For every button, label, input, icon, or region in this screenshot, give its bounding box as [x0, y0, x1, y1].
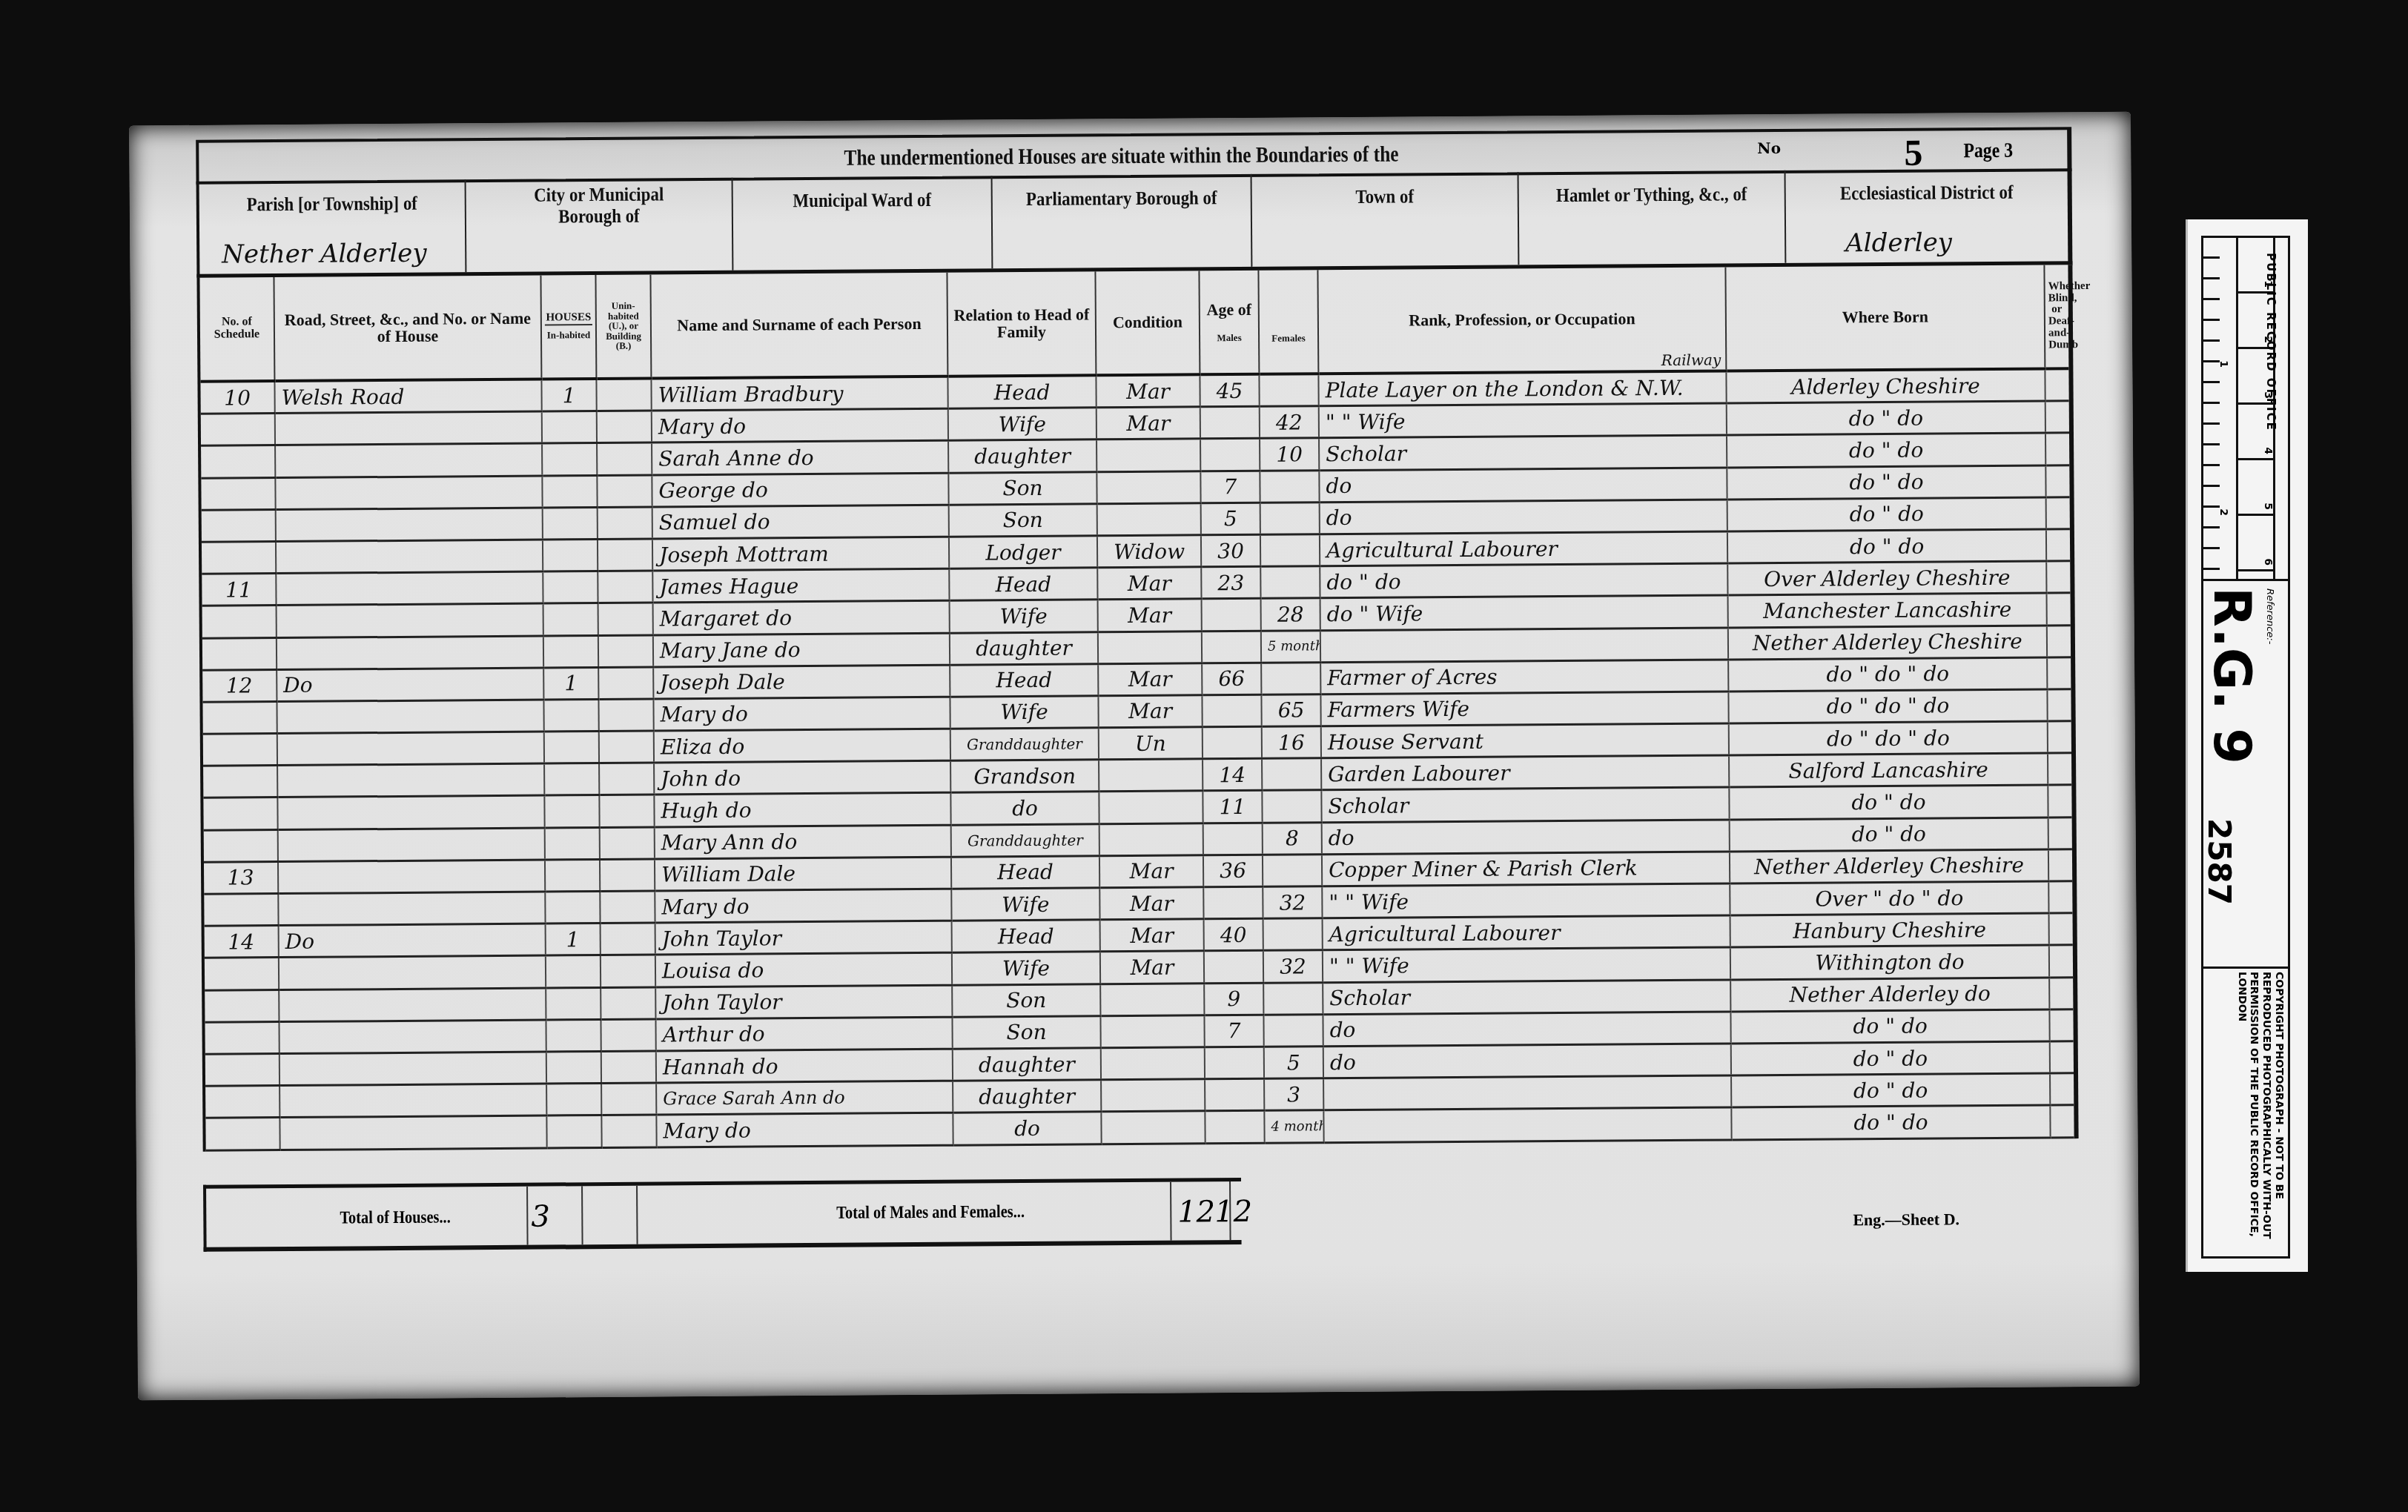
schedule-cell: [203, 734, 277, 766]
schedule-cell: [205, 1118, 279, 1150]
boundary-ward: Municipal Ward of: [733, 176, 993, 270]
female-age-cell: 16: [1262, 726, 1321, 759]
col-road: Road, Street, &c., and No. or Name of Ho…: [274, 276, 541, 382]
where-born-cell: do " do: [1727, 497, 2046, 531]
female-age-cell: [1260, 502, 1320, 534]
female-age-cell: [1260, 566, 1320, 599]
road-cell: [279, 1020, 546, 1054]
condition-cell: [1101, 1079, 1205, 1112]
inhabited-cell: [545, 827, 600, 860]
male-age-cell: 66: [1202, 663, 1261, 695]
col-name: Name and Surname of each Person: [650, 273, 947, 379]
inhabited-cell: [542, 475, 597, 508]
condition-cell: Un: [1099, 727, 1203, 760]
uninhabited-cell: [599, 795, 654, 827]
road-cell: [276, 508, 543, 542]
female-age-cell: 10: [1260, 438, 1319, 471]
blind-cell: [2046, 593, 2070, 625]
female-age-cell: 4 months: [1264, 1110, 1323, 1143]
condition-cell: [1101, 1047, 1205, 1080]
uninhabited-cell: [599, 731, 654, 763]
name-cell: John Taylor: [655, 985, 952, 1019]
occupation-cell: House Servant: [1321, 723, 1729, 758]
inhabited-cell: [546, 955, 601, 988]
parish-value: Nether Alderley: [222, 239, 427, 270]
occupation-cell: Farmer of Acres: [1320, 660, 1728, 694]
total-males-value: 12: [1177, 1195, 1215, 1229]
col-relation: Relation to Head of Family: [947, 271, 1096, 376]
male-age-cell: 7: [1204, 1015, 1263, 1047]
relation-cell: Son: [949, 504, 1097, 537]
female-age-cell: 28: [1261, 598, 1320, 631]
inhabited-cell: [543, 539, 598, 571]
schedule-cell: [202, 509, 276, 542]
relation-cell: daughter: [948, 440, 1096, 473]
name-cell: George do: [652, 473, 948, 507]
blind-cell: [2047, 657, 2071, 689]
inhabited-cell: [546, 1019, 601, 1052]
col-condition: Condition: [1095, 271, 1200, 375]
name-cell: Joseph Mottram: [652, 537, 949, 571]
schedule-cell: [205, 989, 279, 1022]
relation-cell: Wife: [948, 408, 1096, 441]
uninhabited-cell: [598, 539, 652, 571]
male-age-cell: 36: [1203, 855, 1263, 887]
name-cell: Sarah Anne do: [652, 441, 948, 475]
schedule-cell: [204, 894, 278, 926]
female-age-cell: [1262, 790, 1321, 823]
occupation-cell: Agricultural Labourer: [1320, 531, 1727, 566]
total-houses-label: Total of Houses...: [340, 1207, 451, 1228]
name-cell: Mary do: [656, 1113, 953, 1147]
male-age-cell: [1205, 1111, 1264, 1144]
condition-cell: Widow: [1097, 535, 1201, 568]
female-age-cell: 5: [1264, 1047, 1323, 1079]
occupation-cell: Agricultural Labourer: [1323, 915, 1730, 950]
name-cell: Mary do: [652, 408, 948, 442]
schedule-cell: [205, 958, 279, 990]
road-cell: [279, 1115, 546, 1150]
name-cell: Hugh do: [654, 793, 950, 827]
inhabited-cell: [545, 892, 600, 924]
form-heading: The undermentioned Houses are situate wi…: [844, 142, 1398, 170]
uninhabited-cell: [598, 571, 652, 603]
name-cell: Grace Sarah Ann do: [656, 1081, 953, 1115]
schedule-cell: [204, 829, 278, 862]
name-cell: James Hague: [652, 568, 949, 603]
blind-cell: [2048, 753, 2071, 785]
inhabited-cell: [544, 763, 599, 796]
blind-cell: [2045, 465, 2069, 497]
where-born-cell: Nether Alderley Cheshire: [1728, 625, 2047, 659]
road-cell: Do: [277, 668, 543, 702]
reference-box: Reference:- R.G. 9 2587: [2203, 579, 2288, 969]
enumeration-district-number: 5: [1904, 131, 1922, 174]
blind-cell: [2047, 625, 2071, 657]
inhabited-cell: [543, 507, 598, 540]
occupation-cell: do: [1323, 1012, 1730, 1047]
where-born-cell: Manchester Lancashire: [1728, 593, 2047, 627]
where-born-cell: do " do " do: [1728, 689, 2047, 723]
uninhabited-cell: [598, 699, 653, 732]
occupation-cell: " " Wife: [1319, 403, 1727, 438]
condition-cell: [1099, 759, 1203, 792]
public-record-office-label: PUBLIC RECORD OFFICE: [2264, 253, 2278, 431]
uninhabited-cell: [598, 667, 653, 700]
where-born-cell: Nether Alderley do: [1730, 977, 2049, 1011]
relation-cell: Head: [949, 568, 1097, 601]
inhabited-cell: 1: [543, 667, 598, 700]
relation-cell: daughter: [950, 631, 1098, 665]
male-age-cell: 23: [1201, 566, 1260, 599]
ecclesiastical-value: Alderley: [1845, 228, 1952, 258]
relation-cell: daughter: [953, 1080, 1101, 1113]
female-age-cell: 3: [1264, 1078, 1323, 1111]
schedule-cell: [201, 414, 275, 446]
occupation-cell: Scholar: [1321, 787, 1729, 822]
name-cell: Mary Ann do: [655, 825, 951, 859]
female-age-cell: [1261, 662, 1320, 694]
female-age-cell: [1260, 534, 1320, 567]
male-age-cell: 7: [1200, 471, 1260, 503]
boundary-city: City or Municipal Borough of: [466, 178, 734, 273]
condition-cell: Mar: [1097, 567, 1201, 600]
road-cell: [277, 763, 544, 798]
name-cell: Arthur do: [655, 1017, 952, 1051]
series-reference: R.G. 9: [2206, 587, 2258, 764]
inhabited-cell: [546, 987, 601, 1020]
blind-cell: [2049, 945, 2073, 977]
where-born-cell: do " do " do: [1729, 721, 2048, 755]
name-cell: Mary do: [655, 889, 951, 923]
occupation-cell: do: [1322, 820, 1730, 855]
road-cell: Do: [279, 924, 546, 958]
where-born-cell: Alderley Cheshire: [1726, 368, 2045, 403]
schedule-cell: [205, 1021, 279, 1054]
male-age-cell: [1204, 951, 1263, 984]
road-cell: [277, 732, 544, 766]
schedule-cell: 10: [200, 381, 274, 414]
road-cell: [279, 955, 546, 989]
col-occupation: Rank, Profession, or OccupationRailway: [1317, 267, 1726, 374]
name-cell: Mary Jane do: [653, 633, 950, 667]
road-cell: [276, 540, 543, 574]
blind-cell: [2050, 1041, 2074, 1073]
relation-cell: Wife: [952, 952, 1100, 985]
blind-cell: [2047, 689, 2071, 721]
where-born-cell: do " do: [1727, 401, 2045, 435]
occupation-cell: [1323, 1075, 1731, 1110]
where-born-cell: Salford Lancashire: [1729, 753, 2048, 787]
relation-cell: Head: [950, 664, 1098, 697]
inhabited-cell: [542, 411, 597, 444]
col-males: Age ofMales: [1199, 271, 1259, 375]
copyright-notice: COPYRIGHT PHOTOGRAPH - NOT TO BE REPRODU…: [2211, 972, 2285, 1256]
uninhabited-cell: [601, 1083, 656, 1115]
col-where-born: Where Born: [1725, 265, 2045, 371]
occupation-cell: do " Wife: [1320, 595, 1728, 630]
relation-cell: Head: [952, 920, 1100, 953]
schedule-cell: [203, 798, 277, 830]
occupation-cell: Plate Layer on the London & N.W.: [1318, 371, 1726, 406]
col-schedule: No. of Schedule: [199, 277, 274, 382]
boundary-ecclesiastical: Ecclesiastical District of Alderley: [1786, 168, 2068, 263]
male-age-cell: [1203, 886, 1263, 919]
male-age-cell: [1203, 823, 1263, 855]
condition-cell: Mar: [1100, 919, 1204, 952]
blind-cell: [2046, 561, 2070, 593]
schedule-cell: [205, 1086, 279, 1118]
road-cell: [278, 892, 545, 926]
female-age-cell: 5 months: [1261, 630, 1320, 663]
condition-cell: [1099, 791, 1203, 823]
male-age-cell: 5: [1201, 503, 1260, 535]
uninhabited-cell: [601, 1019, 655, 1052]
where-born-cell: Nether Alderley Cheshire: [1730, 849, 2048, 883]
uninhabited-cell: [601, 1051, 656, 1084]
schedule-cell: 14: [205, 926, 279, 958]
schedule-cell: [202, 701, 277, 734]
relation-cell: Wife: [950, 696, 1098, 729]
female-age-cell: [1263, 855, 1322, 887]
condition-cell: [1096, 439, 1200, 471]
schedule-cell: [202, 637, 277, 670]
inhabited-cell: [544, 795, 599, 828]
condition-cell: [1097, 503, 1201, 536]
boundary-town: Town of: [1252, 172, 1520, 267]
schedule-cell: 11: [202, 574, 276, 606]
schedule-cell: 13: [204, 861, 278, 894]
where-born-cell: do " do: [1731, 1105, 2050, 1139]
where-born-cell: do " do " do: [1728, 657, 2047, 692]
condition-cell: [1100, 1015, 1204, 1048]
road-cell: Welsh Road: [274, 379, 541, 414]
condition-cell: Mar: [1098, 663, 1202, 696]
occupation-cell: do: [1323, 1044, 1731, 1078]
female-age-cell: 8: [1263, 822, 1322, 855]
male-age-cell: 9: [1204, 983, 1263, 1015]
where-born-cell: do " do: [1727, 465, 2045, 499]
male-age-cell: [1200, 406, 1260, 439]
uninhabited-cell: [596, 379, 651, 411]
blind-cell: [2050, 1105, 2074, 1137]
male-age-cell: [1200, 439, 1260, 471]
male-age-cell: 30: [1201, 534, 1260, 567]
where-born-cell: do " do: [1730, 1009, 2049, 1044]
uninhabited-cell: [598, 603, 653, 635]
district-number-label: No: [1757, 139, 1781, 157]
condition-cell: [1101, 1111, 1205, 1144]
name-cell: Joseph Dale: [653, 665, 950, 699]
female-age-cell: 65: [1261, 694, 1320, 727]
occupation-cell: Copper Miner & Parish Clerk: [1322, 852, 1730, 886]
male-age-cell: [1205, 1078, 1264, 1111]
inhabited-cell: [543, 699, 598, 732]
piece-number: 2587: [2203, 818, 2235, 905]
female-age-cell: [1260, 470, 1319, 503]
blind-cell: [2045, 401, 2069, 433]
schedule-cell: 12: [202, 669, 277, 702]
condition-cell: [1099, 823, 1203, 855]
occupation-cell: Farmers Wife: [1320, 692, 1728, 726]
name-cell: Mary do: [653, 697, 950, 731]
road-cell: [277, 603, 543, 637]
boundary-parliamentary: Parliamentary Borough of: [993, 174, 1253, 268]
condition-cell: [1100, 983, 1204, 1015]
inhabited-cell: [543, 571, 598, 604]
relation-cell: Lodger: [949, 536, 1097, 569]
relation-cell: Son: [952, 1016, 1100, 1050]
female-age-cell: 32: [1263, 886, 1322, 919]
male-age-cell: 14: [1203, 759, 1262, 792]
relation-cell: Wife: [950, 600, 1098, 633]
road-cell: [275, 476, 542, 510]
uninhabited-cell: [601, 987, 655, 1020]
relation-cell: Son: [948, 471, 1096, 505]
condition-cell: [1098, 631, 1202, 663]
table-header-row: No. of Schedule Road, Street, &c., and N…: [199, 265, 2068, 382]
total-houses-value: 3: [531, 1200, 550, 1234]
female-age-cell: [1263, 918, 1323, 951]
col-blind: Whether Blind, or Deaf-and-Dumb: [2044, 265, 2068, 368]
ruler-scale: 1 2: [2203, 238, 2238, 579]
inhabited-cell: [545, 859, 600, 892]
name-cell: Eliza do: [654, 729, 950, 763]
total-females-value: 12: [1214, 1195, 1252, 1229]
inhabited-cell: [543, 603, 598, 636]
relation-cell: daughter: [953, 1048, 1101, 1081]
uninhabited-cell: [600, 859, 655, 892]
blind-cell: [2045, 368, 2068, 401]
schedule-cell: [202, 542, 276, 574]
blind-cell: [2048, 817, 2072, 849]
blind-cell: [2046, 529, 2070, 561]
blind-cell: [2048, 721, 2071, 753]
occupation-cell: do: [1320, 500, 1727, 534]
census-page: The undermentioned Houses are situate wi…: [129, 112, 2140, 1401]
condition-cell: [1096, 471, 1200, 503]
col-females: Females: [1258, 270, 1318, 374]
occupation-annotation: Railway: [1661, 352, 1721, 368]
male-age-cell: [1205, 1047, 1264, 1079]
road-cell: [276, 571, 543, 606]
archive-reference-card: 1 2 1 2 3 4 5 6 PUBLIC RECORD OFFICE Ref…: [2186, 219, 2308, 1272]
female-age-cell: [1263, 1014, 1323, 1047]
road-cell: [278, 860, 545, 894]
uninhabited-cell: [601, 955, 655, 987]
uninhabited-cell: [597, 442, 652, 475]
relation-cell: Wife: [951, 888, 1099, 921]
uninhabited-cell: [600, 827, 655, 860]
male-age-cell: [1203, 726, 1262, 759]
occupation-cell: Scholar: [1323, 979, 1730, 1014]
occupation-cell: Scholar: [1319, 435, 1727, 470]
blind-cell: [2048, 785, 2071, 817]
schedule-cell: [202, 606, 277, 638]
col-inhabited: HOUSESIn-habited: [540, 275, 596, 379]
female-age-cell: [1259, 374, 1318, 406]
road-cell: [277, 700, 543, 734]
inhabited-cell: [542, 443, 597, 476]
where-born-cell: Over Alderley Cheshire: [1727, 561, 2046, 595]
boundary-hamlet: Hamlet or Tything, &c., of: [1519, 170, 1787, 265]
totals-row: Total of Houses... 3 Total of Males and …: [203, 1178, 1242, 1252]
male-age-cell: [1202, 631, 1261, 663]
relation-cell: Head: [947, 375, 1096, 408]
male-age-cell: [1202, 599, 1261, 631]
relation-cell: do: [953, 1112, 1101, 1145]
census-form: The undermentioned Houses are situate wi…: [196, 127, 2080, 1274]
census-table: No. of Schedule Road, Street, &c., and N…: [196, 265, 2078, 1151]
blind-cell: [2048, 881, 2072, 913]
inhabited-cell: [544, 732, 599, 764]
occupation-cell: " " Wife: [1323, 947, 1730, 982]
condition-cell: Mar: [1098, 695, 1202, 728]
condition-cell: Mar: [1096, 407, 1200, 440]
road-cell: [277, 636, 543, 670]
total-persons-label: Total of Males and Females...: [836, 1202, 1025, 1224]
condition-cell: Mar: [1099, 887, 1203, 920]
male-age-cell: [1202, 694, 1261, 727]
where-born-cell: do " do: [1727, 529, 2046, 563]
inhabited-cell: [546, 1051, 601, 1084]
where-born-cell: do " do: [1730, 818, 2048, 852]
female-age-cell: 32: [1263, 950, 1323, 983]
name-cell: Hannah do: [656, 1049, 953, 1083]
col-uninhabited: Unin-habited (U.), or Building (B.): [595, 275, 651, 379]
schedule-cell: [201, 445, 275, 478]
blind-cell: [2048, 849, 2072, 881]
blind-cell: [2049, 1009, 2073, 1041]
where-born-cell: Hanbury Cheshire: [1730, 913, 2049, 947]
relation-cell: Granddaughter: [950, 728, 1099, 761]
inhabited-cell: [546, 1084, 601, 1116]
inhabited-cell: [546, 1115, 601, 1148]
road-cell: [275, 411, 542, 445]
road-cell: [275, 443, 542, 477]
relation-cell: do: [950, 792, 1099, 825]
road-cell: [277, 795, 544, 829]
blind-cell: [2049, 913, 2073, 945]
sheet-label: Eng.—Sheet D.: [1853, 1210, 1959, 1230]
occupation-cell: " " Wife: [1322, 883, 1730, 918]
inhabited-cell: [543, 635, 598, 668]
where-born-cell: do " do: [1729, 785, 2048, 819]
relation-cell: Granddaughter: [951, 823, 1099, 857]
uninhabited-cell: [598, 635, 653, 668]
boundary-parish: Parish [or Township] of Nether Alderley: [199, 179, 467, 274]
blind-cell: [2046, 497, 2070, 528]
occupation-cell: do " do: [1320, 563, 1727, 598]
where-born-cell: Withington do: [1730, 945, 2049, 979]
uninhabited-cell: [597, 475, 652, 508]
schedule-cell: [203, 766, 277, 798]
uninhabited-cell: [601, 1115, 656, 1147]
name-cell: William Bradbury: [651, 377, 947, 411]
blind-cell: [2045, 433, 2069, 465]
name-cell: William Dale: [655, 857, 951, 891]
inhabited-cell: 1: [546, 924, 601, 956]
where-born-cell: Over " do " do: [1730, 881, 2048, 915]
relation-cell: Head: [951, 856, 1099, 889]
condition-cell: Mar: [1098, 599, 1202, 631]
occupation-cell: Garden Labourer: [1321, 755, 1729, 790]
condition-cell: Mar: [1099, 855, 1203, 888]
where-born-cell: do " do: [1727, 433, 2045, 467]
relation-cell: Grandson: [950, 760, 1099, 793]
inhabited-cell: 1: [541, 379, 596, 411]
female-age-cell: [1262, 758, 1321, 791]
